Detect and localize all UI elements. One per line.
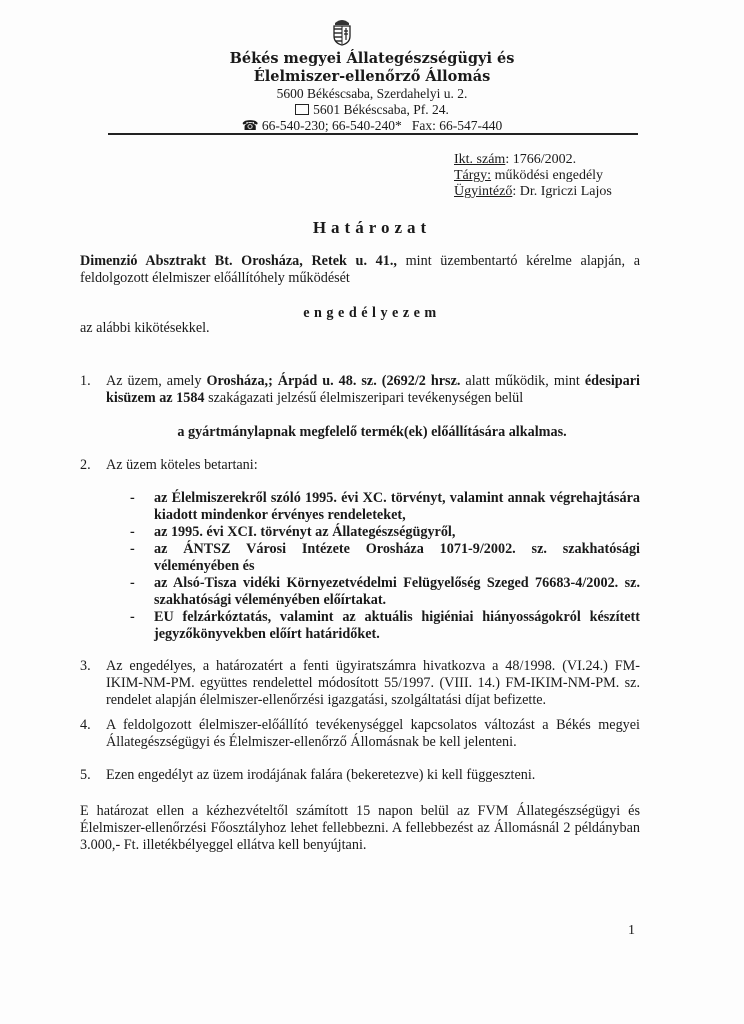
org-postbox: 5601 Békéscsaba, Pf. 24. <box>0 102 744 118</box>
item-5: Ezen engedélyt az üzem irodájának falára… <box>106 767 640 784</box>
org-name-line2: Élelmiszer-ellenőrző Állomás <box>0 68 744 86</box>
page-number: 1 <box>628 923 635 939</box>
document-title: Határozat <box>0 218 744 238</box>
case-officer: Ügyintéző: Dr. Igriczi Lajos <box>454 184 612 200</box>
item-4: A feldolgozott élelmiszer-előállító tevé… <box>106 717 640 751</box>
reference-block: Ikt. szám: 1766/2002. Tárgy: működési en… <box>454 152 612 200</box>
list-item: az Alsó-Tisza vidéki Környezetvédelmi Fe… <box>130 575 640 609</box>
org-name-line1: Békés megyei Állategészségügyi és <box>0 50 744 68</box>
org-phone-fax: ☎ 66-540-230; 66-540-240* Fax: 66-547-44… <box>0 118 744 134</box>
telephone-icon: ☎ <box>242 118 259 133</box>
subject: Tárgy: működési engedély <box>454 168 612 184</box>
item-number: 4. <box>80 717 91 734</box>
list-item: az ÁNTSZ Városi Intézete Orosháza 1071-9… <box>130 541 640 575</box>
item-number: 1. <box>80 373 91 390</box>
mailbox-icon <box>295 104 309 115</box>
list-item: az Élelmiszerekről szóló 1995. évi XC. t… <box>130 490 640 524</box>
org-address: 5600 Békéscsaba, Szerdahelyi u. 2. <box>0 86 744 102</box>
hungarian-coat-of-arms-icon <box>331 16 353 46</box>
item-2-bullets: az Élelmiszerekről szóló 1995. évi XC. t… <box>130 490 640 643</box>
conditions-intro: az alábbi kikötésekkel. <box>80 320 640 337</box>
item-1-highlight: a gyártmánylapnak megfelelő termék(ek) e… <box>0 424 744 441</box>
header-divider <box>108 133 638 135</box>
item-2: Az üzem köteles betartani: <box>106 457 640 474</box>
list-item: az 1995. évi XCI. törvényt az Állategész… <box>130 524 640 541</box>
item-3: Az engedélyes, a határozatért a fenti üg… <box>106 658 640 709</box>
item-1: Az üzem, amely Orosháza,; Árpád u. 48. s… <box>106 373 640 407</box>
item-number: 2. <box>80 457 91 474</box>
appeal-paragraph: E határozat ellen a kézhezvételtől számí… <box>80 803 640 854</box>
reference-number: Ikt. szám: 1766/2002. <box>454 152 612 168</box>
item-number: 3. <box>80 658 91 675</box>
item-number: 5. <box>80 767 91 784</box>
intro-paragraph: Dimenzió Absztrakt Bt. Orosháza, Retek u… <box>80 253 640 287</box>
list-item: EU felzárkóztatás, valamint az aktuális … <box>130 609 640 643</box>
